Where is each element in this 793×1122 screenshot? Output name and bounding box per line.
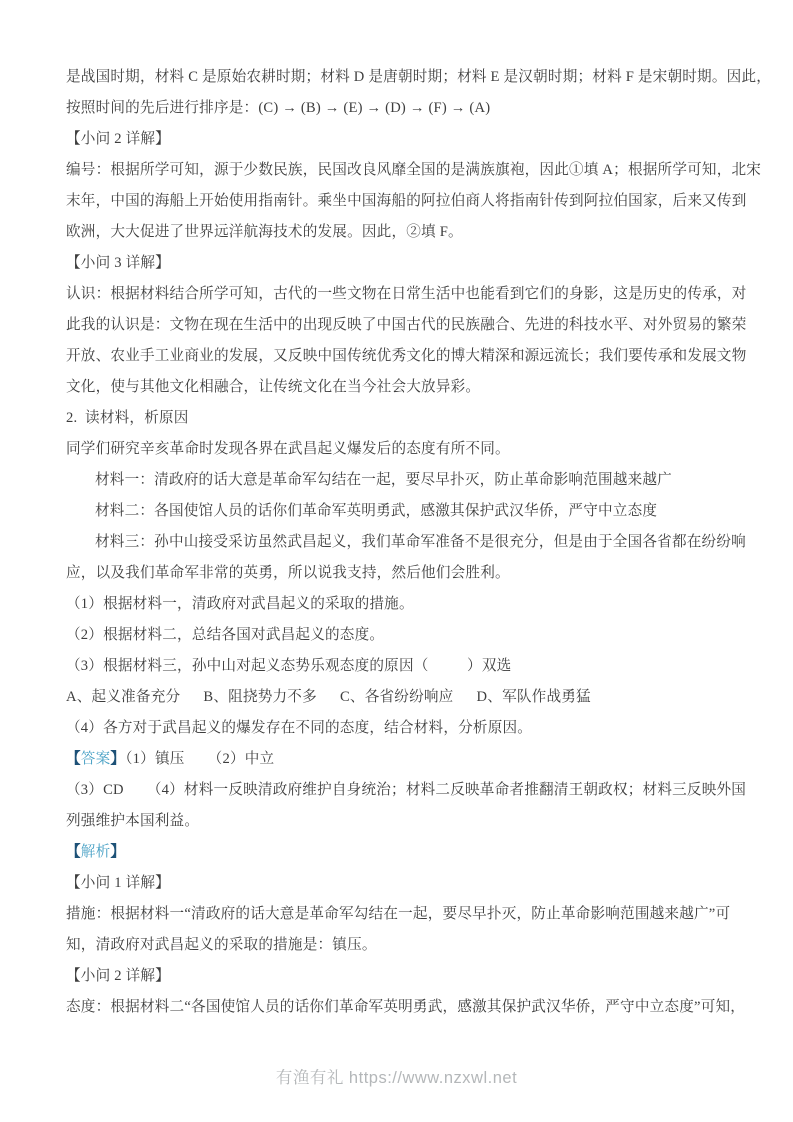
text-line: 欧洲，大大促进了世界远洋航海技术的发展。因此，②填 F。 xyxy=(66,217,733,248)
document-body: 是战国时期，材料 C 是原始农耕时期；材料 D 是唐朝时期；材料 E 是汉朝时期… xyxy=(66,62,733,1023)
line-text: 此我的认识是：文物在现在生活中的出现反映了中国古代的民族融合、先进的科技水平、对… xyxy=(66,317,747,333)
line-text: 【小问 1 详解】 xyxy=(66,875,170,891)
text-line: 此我的认识是：文物在现在生活中的出现反映了中国古代的民族融合、先进的科技水平、对… xyxy=(66,310,733,341)
text-line: 同学们研究辛亥革命时发现各界在武昌起义爆发后的态度有所不同。 xyxy=(66,434,733,465)
text-line: 是战国时期，材料 C 是原始农耕时期；材料 D 是唐朝时期；材料 E 是汉朝时期… xyxy=(66,62,733,93)
line-text: （1）根据材料一，清政府对武昌起义的采取的措施。 xyxy=(66,596,414,612)
text-line: 2. 读材料，析原因 xyxy=(66,403,733,434)
line-text: （2）根据材料二，总结各国对武昌起义的态度。 xyxy=(66,627,384,643)
line-text: 知，清政府对武昌起义的采取的措施是：镇压。 xyxy=(66,937,377,953)
line-text: 2. 读材料，析原因 xyxy=(66,410,189,426)
section-label: 【答案】 xyxy=(66,751,125,767)
line-text: 欧洲，大大促进了世界远洋航海技术的发展。因此，②填 F。 xyxy=(66,224,463,240)
line-text: 材料一：清政府的话大意是革命军勾结在一起，要尽早扑灭，防止革命影响范围越来越广 xyxy=(95,472,672,488)
line-text: （3）CD （4）材料一反映清政府维护自身统治；材料二反映革命者推翻清王朝政权；… xyxy=(66,782,746,798)
line-text: （3）根据材料三，孙中山对起义态势乐观态度的原因（ ）双选 xyxy=(66,658,511,674)
text-line: 材料三：孙中山接受采访虽然武昌起义，我们革命军准备不是很充分，但是由于全国各省都… xyxy=(66,527,733,558)
text-line: 列强维护本国利益。 xyxy=(66,806,733,837)
line-text: 应，以及我们革命军非常的英勇，所以说我支持，然后他们会胜利。 xyxy=(66,565,510,581)
line-text: 【小问 2 详解】 xyxy=(66,131,170,147)
text-line: 【答案】（1）镇压 （2）中立 xyxy=(66,744,733,775)
text-line: 【小问 3 详解】 xyxy=(66,248,733,279)
line-text: 同学们研究辛亥革命时发现各界在武昌起义爆发后的态度有所不同。 xyxy=(66,441,510,457)
text-line: 材料二：各国使馆人员的话你们革命军英明勇武，感激其保护武汉华侨，严守中立态度 xyxy=(66,496,733,527)
line-text: 编号：根据所学可知，源于少数民族，民国改良风靡全国的是满族旗袍，因此①填 A；根… xyxy=(66,162,761,178)
text-line: 文化，使与其他文化相融合，让传统文化在当今社会大放异彩。 xyxy=(66,372,733,403)
line-text: 是战国时期，材料 C 是原始农耕时期；材料 D 是唐朝时期；材料 E 是汉朝时期… xyxy=(66,69,771,85)
text-line: 知，清政府对武昌起义的采取的措施是：镇压。 xyxy=(66,930,733,961)
text-line: 【小问 1 详解】 xyxy=(66,868,733,899)
line-text: 认识：根据材料结合所学可知，古代的一些文物在日常生活中也能看到它们的身影，这是历… xyxy=(66,286,747,302)
text-line: 措施：根据材料一“清政府的话大意是革命军勾结在一起，要尽早扑灭，防止革命影响范围… xyxy=(66,899,733,930)
line-text: 态度：根据材料二“各国使馆人员的话你们革命军英明勇武，感激其保护武汉华侨，严守中… xyxy=(66,999,745,1015)
section-label: 【解析】 xyxy=(66,844,125,860)
line-text: 材料三：孙中山接受采访虽然武昌起义，我们革命军准备不是很充分，但是由于全国各省都… xyxy=(95,534,746,550)
text-line: 态度：根据材料二“各国使馆人员的话你们革命军英明勇武，感激其保护武汉华侨，严守中… xyxy=(66,992,733,1023)
text-line: （3）根据材料三，孙中山对起义态势乐观态度的原因（ ）双选 xyxy=(66,651,733,682)
line-text: 列强维护本国利益。 xyxy=(66,813,199,829)
text-line: 认识：根据材料结合所学可知，古代的一些文物在日常生活中也能看到它们的身影，这是历… xyxy=(66,279,733,310)
text-line: 材料一：清政府的话大意是革命军勾结在一起，要尽早扑灭，防止革命影响范围越来越广 xyxy=(66,465,733,496)
text-line: （4）各方对于武昌起义的爆发存在不同的态度，结合材料，分析原因。 xyxy=(66,713,733,744)
line-text: 【小问 3 详解】 xyxy=(66,255,170,271)
text-line: 末年，中国的海船上开始使用指南针。乘坐中国海船的阿拉伯商人将指南针传到阿拉伯国家… xyxy=(66,186,733,217)
line-text: （4）各方对于武昌起义的爆发存在不同的态度，结合材料，分析原因。 xyxy=(66,720,532,736)
text-line: 开放、农业手工业商业的发展，又反映中国传统优秀文化的博大精深和源远流长；我们要传… xyxy=(66,341,733,372)
text-line: 【小问 2 详解】 xyxy=(66,124,733,155)
text-line: A、起义准备充分 B、阻挠势力不多 C、各省纷纷响应 D、军队作战勇猛 xyxy=(66,682,733,713)
footer-watermark: 有渔有礼 https://www.nzxwl.net xyxy=(0,1064,793,1088)
line-text: 末年，中国的海船上开始使用指南针。乘坐中国海船的阿拉伯商人将指南针传到阿拉伯国家… xyxy=(66,193,747,209)
line-text: 文化，使与其他文化相融合，让传统文化在当今社会大放异彩。 xyxy=(66,379,480,395)
line-text: （1）镇压 （2）中立 xyxy=(125,751,274,767)
line-text: 开放、农业手工业商业的发展，又反映中国传统优秀文化的博大精深和源远流长；我们要传… xyxy=(66,348,747,364)
text-line: 编号：根据所学可知，源于少数民族，民国改良风靡全国的是满族旗袍，因此①填 A；根… xyxy=(66,155,733,186)
text-line: 应，以及我们革命军非常的英勇，所以说我支持，然后他们会胜利。 xyxy=(66,558,733,589)
line-text: 材料二：各国使馆人员的话你们革命军英明勇武，感激其保护武汉华侨，严守中立态度 xyxy=(95,503,657,519)
text-line: 按照时间的先后进行排序是：(C) → (B) → (E) → (D) → (F)… xyxy=(66,93,733,124)
line-text: 按照时间的先后进行排序是：(C) → (B) → (E) → (D) → (F)… xyxy=(66,100,490,116)
text-line: 【小问 2 详解】 xyxy=(66,961,733,992)
line-text: A、起义准备充分 B、阻挠势力不多 C、各省纷纷响应 D、军队作战勇猛 xyxy=(66,689,591,705)
text-line: （2）根据材料二，总结各国对武昌起义的态度。 xyxy=(66,620,733,651)
line-text: 措施：根据材料一“清政府的话大意是革命军勾结在一起，要尽早扑灭，防止革命影响范围… xyxy=(66,906,730,922)
text-line: （3）CD （4）材料一反映清政府维护自身统治；材料二反映革命者推翻清王朝政权；… xyxy=(66,775,733,806)
text-line: （1）根据材料一，清政府对武昌起义的采取的措施。 xyxy=(66,589,733,620)
text-line: 【解析】 xyxy=(66,837,733,868)
line-text: 【小问 2 详解】 xyxy=(66,968,170,984)
